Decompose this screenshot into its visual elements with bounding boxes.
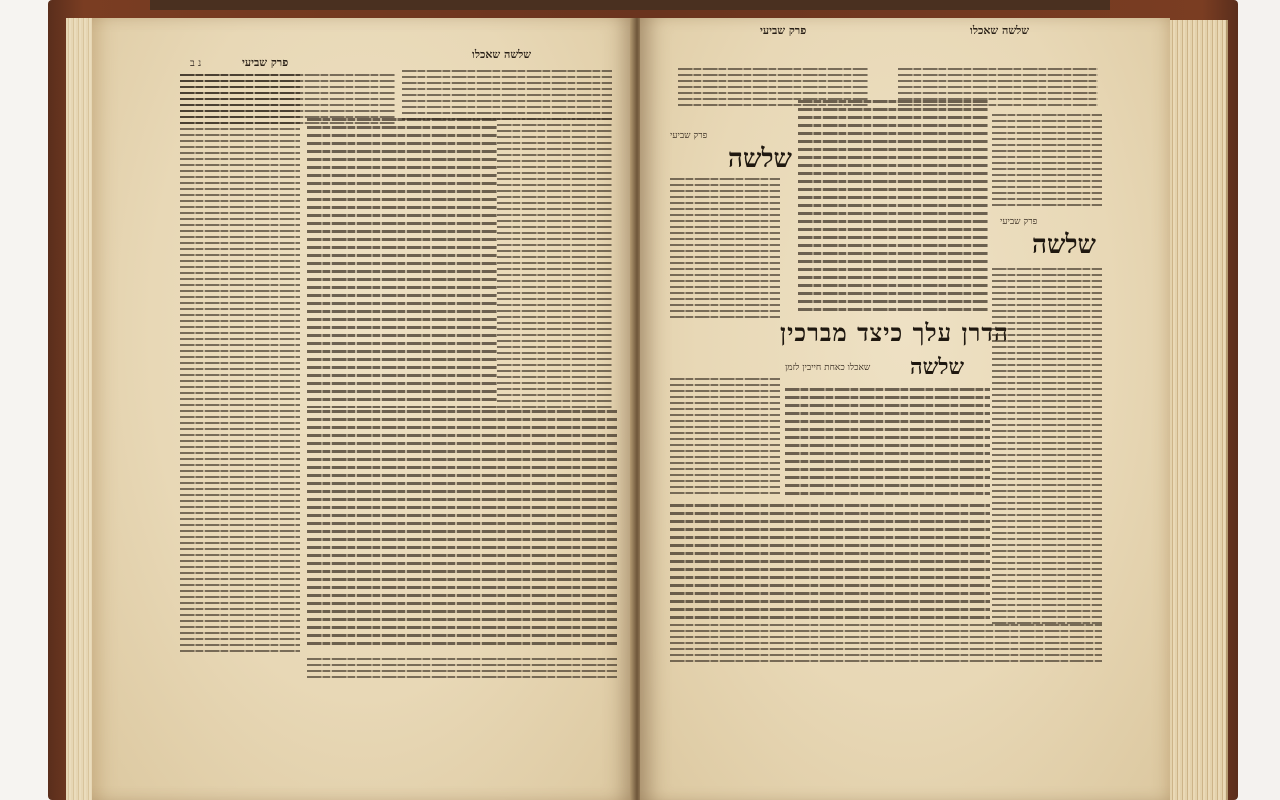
commentary-outer-upper: [992, 114, 1102, 210]
book-spine-top: [150, 0, 1110, 10]
main-text-new-chapter: [785, 388, 990, 498]
small-heading-outer: פרק שביעי: [1000, 216, 1037, 227]
commentary-column-inner: [670, 178, 780, 318]
running-head-inner: שלשה שאכלו: [472, 48, 531, 61]
right-page: פרק שביעי שלשה שאכלו פרק שביעי שלשה הדרן…: [640, 18, 1170, 800]
initial-word-outer: שלשה: [1032, 230, 1096, 260]
commentary-top-outer: [180, 74, 395, 124]
chapter-start-caption: שאכלו כאחת חייבין לזמן: [785, 362, 870, 373]
commentary-inner-lower: [670, 378, 780, 498]
footer-text: [307, 658, 617, 678]
running-head-inner: פרק שביעי: [760, 24, 806, 37]
main-text-lower: [670, 504, 990, 619]
main-text-block: [307, 118, 497, 408]
chapter-start-word: שלשה: [910, 354, 964, 380]
initial-word-top: שלשה: [728, 144, 792, 174]
commentary-column-outer: [992, 268, 1102, 628]
running-head-outer: שלשה שאכלו: [970, 24, 1029, 37]
page-edges-right: [1160, 20, 1228, 800]
left-page: נ ב פרק שביעי שלשה שאכלו: [92, 18, 634, 800]
main-text-lower: [307, 410, 617, 650]
commentary-column-inner: [497, 118, 612, 408]
running-head-outer: פרק שביעי: [242, 56, 288, 69]
main-text-block: [798, 100, 988, 315]
small-heading-top: פרק שביעי: [670, 130, 707, 141]
chapter-end-heading: הדרן עלך כיצד מברכין: [780, 318, 1009, 348]
folio-number: נ ב: [190, 58, 201, 69]
footer-text: [670, 624, 1102, 664]
commentary-column-outer: [180, 74, 300, 654]
commentary-top-inner: [402, 70, 612, 120]
